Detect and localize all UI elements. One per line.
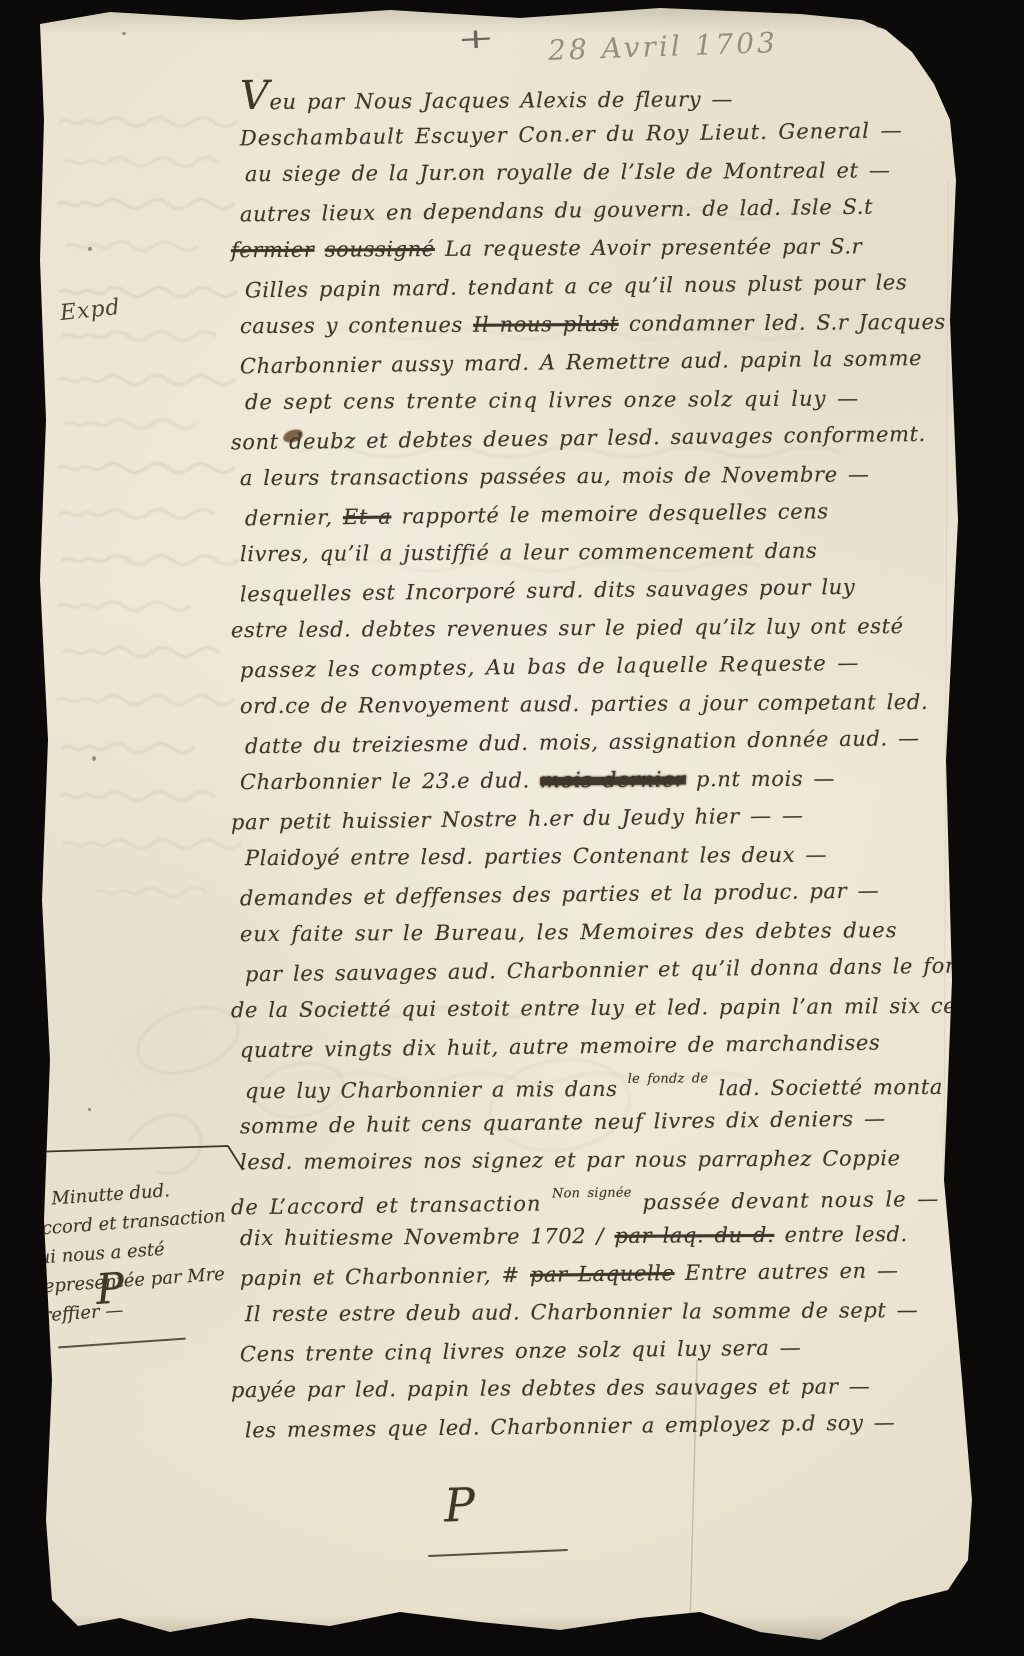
struck-out-text: par Laquelle — [530, 1261, 675, 1287]
struck-out-text: par laq. du d. — [614, 1223, 774, 1248]
handwritten-text: Plaidoyé entre lesd. parties Contenant l… — [245, 843, 827, 871]
handwritten-text: rapporté le memoire desquelles cens — [391, 499, 829, 528]
handwritten-text: Veu par Nous Jacques Alexis de fleury — — [240, 87, 733, 114]
bottom-paraph-underline — [428, 1549, 568, 1557]
handwritten-text: Cens trente cinq livres onze solz qui lu… — [240, 1335, 802, 1366]
interlinear-insertion: le fondz de — [628, 1071, 709, 1086]
manuscript-line: sont deubz et debtes deues par lesd. sau… — [231, 422, 952, 469]
manuscript-line: quatre vingts dix huit, autre memoire de… — [240, 1030, 952, 1077]
manuscript-line: passez les comptes, Au bas de laquelle R… — [240, 650, 952, 697]
manuscript-line: de sept cens trente cinq livres onze sol… — [245, 386, 952, 428]
manuscript-line: eux faite sur le Bureau, les Memoires de… — [240, 918, 952, 960]
handwritten-text: Entre autres en — — [674, 1258, 898, 1285]
handwritten-text: de la Societté qui estoit entre luy et l… — [231, 994, 982, 1023]
handwritten-text: Charbonnier le 23.e dud. — [240, 768, 540, 794]
margin-note-lines: La Minutte dud.accord et transactionqui … — [22, 1170, 272, 1331]
manuscript-line: Charbonnier le 23.e dud. mois dernier p.… — [240, 766, 952, 808]
manuscript-line: a leurs transactions passées au, mois de… — [240, 462, 952, 504]
handwritten-text — [314, 238, 324, 262]
foxing-speck — [122, 32, 126, 35]
manuscript-line: Charbonnier aussy mard. A Remettre aud. … — [240, 346, 952, 393]
manuscript-line: dix huitiesme Novembre 1702 / par laq. d… — [240, 1222, 952, 1264]
handwritten-text: lesd. memoires nos signez et par nous pa… — [240, 1146, 901, 1174]
foxing-speck — [88, 247, 92, 251]
manuscript-line: les mesmes que led. Charbonnier a employ… — [245, 1410, 952, 1457]
interlinear-insertion: Non signée — [552, 1186, 632, 1202]
manuscript-line: papin et Charbonnier, # par Laquelle Ent… — [240, 1258, 952, 1305]
manuscript-line: Il reste estre deub aud. Charbonnier la … — [245, 1298, 952, 1340]
manuscript-line: ord.ce de Renvoyement ausd. parties a jo… — [240, 690, 952, 732]
margin-paraph: P — [94, 1263, 126, 1314]
manuscript-line: somme de huit cens quarante neuf livres … — [240, 1106, 952, 1153]
handwritten-text: payée par led. papin les debtes des sauv… — [231, 1374, 871, 1402]
manuscript-line: livres, qu’il a justiffié a leur commenc… — [240, 538, 952, 580]
handwritten-text: estre lesd. debtes revenues sur le pied … — [231, 614, 904, 642]
body-text: Veu par Nous Jacques Alexis de fleury —D… — [240, 84, 952, 1452]
manuscript-line: causes y contenues Il nous plust condamn… — [240, 310, 952, 352]
handwritten-text: causes y contenues — [240, 313, 473, 338]
handwritten-text: ord.ce de Renvoyement ausd. parties a jo… — [240, 690, 928, 718]
struck-out-text: Et a — [343, 505, 392, 530]
handwritten-text: que luy Charbonnier a mis dans — [245, 1077, 628, 1103]
margin-expedited-note: Expd — [59, 295, 122, 326]
manuscript-line: payée par led. papin les debtes des sauv… — [231, 1374, 952, 1416]
handwritten-text: passée devant nous le — — [632, 1187, 940, 1215]
pencil-date-annotation: 28 Avril 1703 — [547, 26, 778, 67]
handwritten-text: p.nt mois — — [686, 767, 836, 792]
margin-note-mark: # — [19, 1159, 40, 1185]
manuscript-line: autres lieux en dependans du gouvern. de… — [240, 194, 952, 241]
margin-paraph-underline — [58, 1338, 186, 1349]
manuscript-line: que luy Charbonnier a mis dans le fondz … — [245, 1070, 952, 1112]
handwritten-text: eux faite sur le Bureau, les Memoires de… — [240, 918, 898, 946]
struck-out-text: Il nous plust — [473, 312, 619, 337]
handwritten-text: papin et Charbonnier, # — [240, 1263, 530, 1291]
handwritten-text: Il reste estre deub aud. Charbonnier la … — [245, 1298, 918, 1326]
margin-note: # La Minutte dud.accord et transactionqu… — [20, 1144, 271, 1331]
pencil-cross-mark: + — [456, 21, 495, 56]
handwritten-text: de sept cens trente cinq livres onze sol… — [245, 386, 859, 414]
handwritten-text: dernier, — [245, 505, 343, 530]
struck-out-text: soussigné — [325, 237, 435, 262]
manuscript-line: Gilles papin mard. tendant a ce qu’il no… — [245, 270, 952, 317]
foxing-speck — [876, 24, 881, 28]
manuscript-line: lesd. memoires nos signez et par nous pa… — [240, 1146, 952, 1188]
handwritten-text: a leurs transactions passées au, mois de… — [240, 462, 870, 490]
handwritten-text: condamner led. S.r Jacques — [619, 310, 946, 336]
manuscript-line: Cens trente cinq livres onze solz qui lu… — [240, 1334, 952, 1381]
manuscript-line: dernier, Et a rapporté le memoire desque… — [245, 498, 952, 545]
manuscript-line: fermier soussigné La requeste Avoir pres… — [231, 234, 952, 276]
manuscript-line: Deschambault Escuyer Con.er du Roy Lieut… — [240, 118, 952, 165]
struck-out-text: fermier — [231, 238, 315, 263]
handwritten-text: dix huitiesme Novembre 1702 / — [240, 1224, 615, 1250]
manuscript-line: de la Societté qui estoit entre luy et l… — [231, 994, 952, 1036]
manuscript-line: de L’accord et transaction Non signée pa… — [231, 1182, 952, 1229]
handwritten-text: lad. Societté monta a la — [708, 1075, 997, 1101]
bottom-paraph: P — [443, 1477, 476, 1532]
manuscript-page: + 28 Avril 1703 Expd Veu par Nous Jacque… — [0, 0, 1024, 1656]
foxing-speck — [88, 1108, 91, 1111]
manuscript-line: demandes et deffenses des parties et la … — [240, 878, 952, 925]
manuscript-line: par petit huissier Nostre h.er du Jeudy … — [231, 802, 952, 849]
handwritten-text: par petit huissier Nostre h.er du Jeudy … — [231, 803, 804, 834]
struck-out-text: mois dernier — [540, 767, 686, 792]
manuscript-line: estre lesd. debtes revenues sur le pied … — [231, 614, 952, 656]
handwritten-text: de L’accord et transaction — [231, 1191, 552, 1219]
manuscript-line: par les sauvages aud. Charbonnier et qu’… — [245, 954, 952, 1001]
manuscript-line: Plaidoyé entre lesd. parties Contenant l… — [245, 842, 952, 884]
manuscript-line: datte du treiziesme dud. mois, assignati… — [245, 726, 952, 773]
handwritten-text: entre lesd. — [774, 1222, 908, 1247]
photographed-backdrop: { "document": { "kind": "Handwritten Fre… — [0, 0, 1024, 1656]
handwritten-text: livres, qu’il a justiffié a leur commenc… — [240, 539, 818, 567]
foxing-speck — [92, 756, 96, 761]
handwritten-text: La requeste Avoir presentée par S.r — [435, 234, 863, 261]
manuscript-line: lesquelles est Incorporé surd. dits sauv… — [240, 574, 952, 621]
manuscript-line: au siege de la Jur.on royalle de l’Isle … — [245, 158, 952, 200]
handwritten-text: au siege de la Jur.on royalle de l’Isle … — [245, 158, 891, 186]
manuscript-line: Veu par Nous Jacques Alexis de fleury — — [240, 82, 952, 124]
